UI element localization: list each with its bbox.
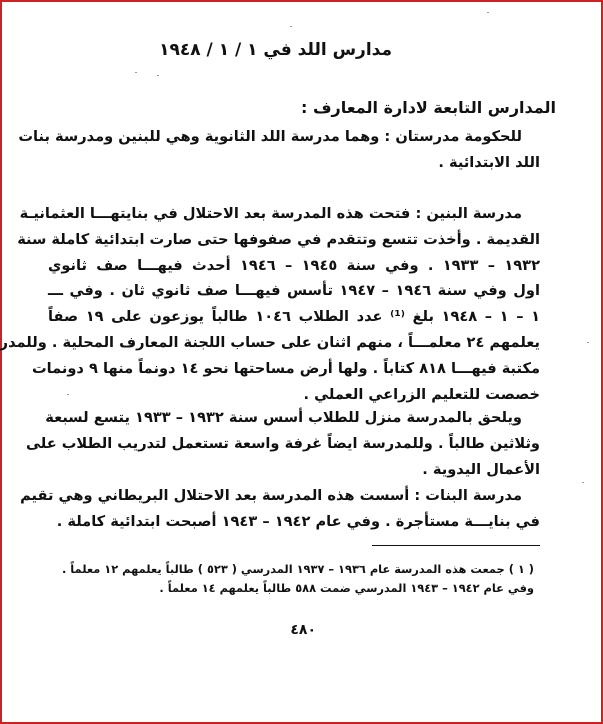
text-line: ويلحق بالمدرسة منزل للطلاب أسس سنة ١٩٣٢ … [48,405,540,431]
text-line: مدرسة البنين : فتحت هذه المدرسة بعد الاح… [48,201,540,227]
footnote-separator [372,545,540,546]
paragraph-girls-school: مدرسة البنات : أسست هذه المدرسة بعد الاح… [48,483,540,535]
scan-speck [290,26,292,27]
scan-speck [135,72,137,73]
text-line: يعلمهم ٢٤ معلمـــاً ، منهم اثنان على حسا… [48,330,540,356]
text-line: للحكومة مدرستان : وهما مدرسة اللد الثانو… [48,124,540,150]
text-line: مكتبة فيهـــا ٨١٨ كتاباً . ولها أرض مساح… [48,356,540,382]
page-number: ٤٨٠ [292,622,316,638]
text-line: خصصت للتعليم الزراعي العملي . [48,382,540,408]
paragraph-boys-school: مدرسة البنين : فتحت هذه المدرسة بعد الاح… [48,201,540,407]
page-frame: مدارس اللد في ١ / ١ / ١٩٤٨ المدارس التاب… [0,0,603,724]
scan-speck [587,342,589,343]
text-line: الأعمال اليدوية . [48,457,540,483]
paragraph-government-schools: للحكومة مدرستان : وهما مدرسة اللد الثانو… [48,124,540,176]
scan-speck [157,75,159,76]
scan-speck [487,12,489,13]
text-line: اول وفي سنة ١٩٤٦ – ١٩٤٧ تأسس فيهـــا صف … [48,278,540,304]
text-line: مدرسة البنات : أسست هذه المدرسة بعد الاح… [48,483,540,509]
footnotes: ( ١ ) جمعت هذه المدرسة عام ١٩٣٦ – ١٩٣٧ ا… [72,560,534,598]
text-line: ١٩٣٢ – ١٩٣٣ . وفي سنة ١٩٤٥ – ١٩٤٦ أحدث ف… [48,253,540,279]
paragraph-lead: مدرسة البنين : [415,205,522,222]
text-line: في بنايـــة مستأجرة . وفي عام ١٩٤٢ – ١٩٤… [48,509,540,535]
page-title: مدارس اللد في ١ / ١ / ١٩٤٨ [192,40,392,60]
scan-speck [582,482,584,483]
text-line: اللد الابتدائية . [48,150,540,176]
text-line: القديمة . وأخذت تتسع وتتقدم في صفوفها حت… [48,227,540,253]
text-line: وثلاثين طالباً . وللمدرسة ايضاً غرفة واس… [48,431,540,457]
section-heading: المدارس التابعة لادارة المعارف : [301,98,556,117]
footnote-line: ( ١ ) جمعت هذه المدرسة عام ١٩٣٦ – ١٩٣٧ ا… [72,560,534,579]
scan-speck [67,394,69,395]
text-line: ١ – ١ – ١٩٤٨ بلغ ⁽¹⁾ عدد الطلاب ١٠٤٦ طال… [48,304,540,330]
footnote-line: وفي عام ١٩٤٢ – ١٩٤٣ المدرسي ضمت ٥٨٨ طالب… [72,579,534,598]
paragraph-lead: مدرسة البنات : [414,487,522,504]
paragraph-student-dormitory: ويلحق بالمدرسة منزل للطلاب أسس سنة ١٩٣٢ … [48,405,540,482]
